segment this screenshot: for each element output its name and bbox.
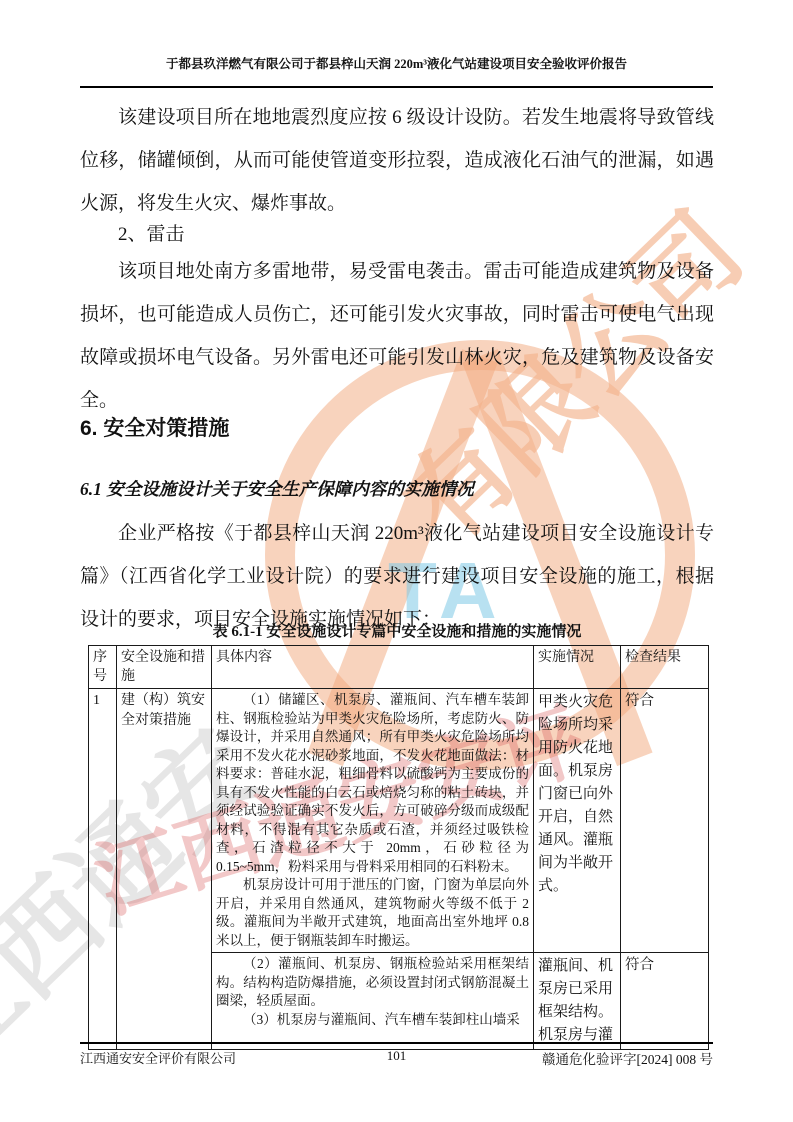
cell-status: 灌瓶间、机泵房已采用框架结构。机泵房与灌	[534, 953, 621, 1050]
cell-result: 符合	[621, 953, 709, 1050]
cell-detail-content: （2）灌瓶间、机泵房、钢瓶检验站采用框架结构。结构构造防爆措施，必须设置封闭式钢…	[212, 953, 534, 1050]
footer-page-number: 101	[291, 1048, 502, 1064]
page-header-title: 于都县玖洋燃气有限公司于都县梓山天润 220m³液化气站建设项目安全验收评价报告	[80, 54, 713, 72]
subsection-heading: 6.1 安全设施设计关于安全生产保障内容的实施情况	[80, 476, 714, 501]
header-divider	[80, 86, 713, 88]
detail-paragraph: （2）灌瓶间、机泵房、钢瓶检验站采用框架结构。结构构造防爆措施，必须设置封闭式钢…	[216, 955, 529, 1011]
document-page: TA 有限公司 江西通安 江西通安安评 于都县玖洋燃气有限公司于都县梓山天润 2…	[0, 0, 793, 1122]
detail-paragraph: （3）机泵房与灌瓶间、汽车槽车装卸柱山墙采	[216, 1011, 529, 1030]
detail-paragraph: 机泵房设计可用于泄压的门窗，门窗为单层向外开启，并采用自然通风，建筑物耐火等级不…	[216, 876, 529, 950]
cell-status: 甲类火灾危险场所均采用防火花地面。机泵房门窗已向外开启，自然通风。灌瓶间为半敞开…	[534, 689, 621, 953]
table-row: 1 建（构）筑安全对策措施 （1）储罐区、机泵房、灌瓶间、汽车槽车装卸柱、钢瓶检…	[89, 689, 709, 953]
paragraph-lightning: 该项目地处南方多雷地带，易受雷电袭击。雷击可能造成建筑物及设备损坏，也可能造成人…	[80, 250, 714, 422]
footer-doc-number: 赣通危化验评字[2024] 008 号	[502, 1048, 713, 1068]
paragraph-earthquake: 该建设项目所在地地震烈度应按 6 级设计设防。若发生地震将导致管线位移，储罐倾倒…	[80, 96, 714, 225]
col-header-status: 实施情况	[534, 646, 621, 689]
safety-measures-table: 序号 安全设施和措施 具体内容 实施情况 检查结果 1 建（构）筑安全对策措施 …	[88, 645, 709, 1050]
col-header-content: 具体内容	[212, 646, 534, 689]
section-heading: 6. 安全对策措施	[80, 412, 714, 442]
cell-measure-name: 建（构）筑安全对策措施	[117, 689, 212, 1050]
page-footer: 江西通安安全评价有限公司 101 赣通危化验评字[2024] 008 号	[80, 1048, 713, 1068]
table-caption: 表 6.1-1 安全设施设计专篇中安全设施和措施的实施情况	[80, 620, 714, 641]
table-header-row: 序号 安全设施和措施 具体内容 实施情况 检查结果	[89, 646, 709, 689]
col-header-measure: 安全设施和措施	[117, 646, 212, 689]
col-header-result: 检查结果	[621, 646, 709, 689]
footer-divider	[80, 1042, 713, 1044]
cell-detail-content: （1）储罐区、机泵房、灌瓶间、汽车槽车装卸柱、钢瓶检验站为甲类火灾危险场所，考虑…	[212, 689, 534, 953]
cell-serial-no: 1	[89, 689, 117, 1050]
col-header-no: 序号	[89, 646, 117, 689]
detail-paragraph: （1）储罐区、机泵房、灌瓶间、汽车槽车装卸柱、钢瓶检验站为甲类火灾危险场所，考虑…	[216, 691, 529, 876]
cell-result: 符合	[621, 689, 709, 953]
footer-company: 江西通安安全评价有限公司	[80, 1048, 291, 1067]
page-content: 于都县玖洋燃气有限公司于都县梓山天润 220m³液化气站建设项目安全验收评价报告…	[0, 0, 793, 1122]
